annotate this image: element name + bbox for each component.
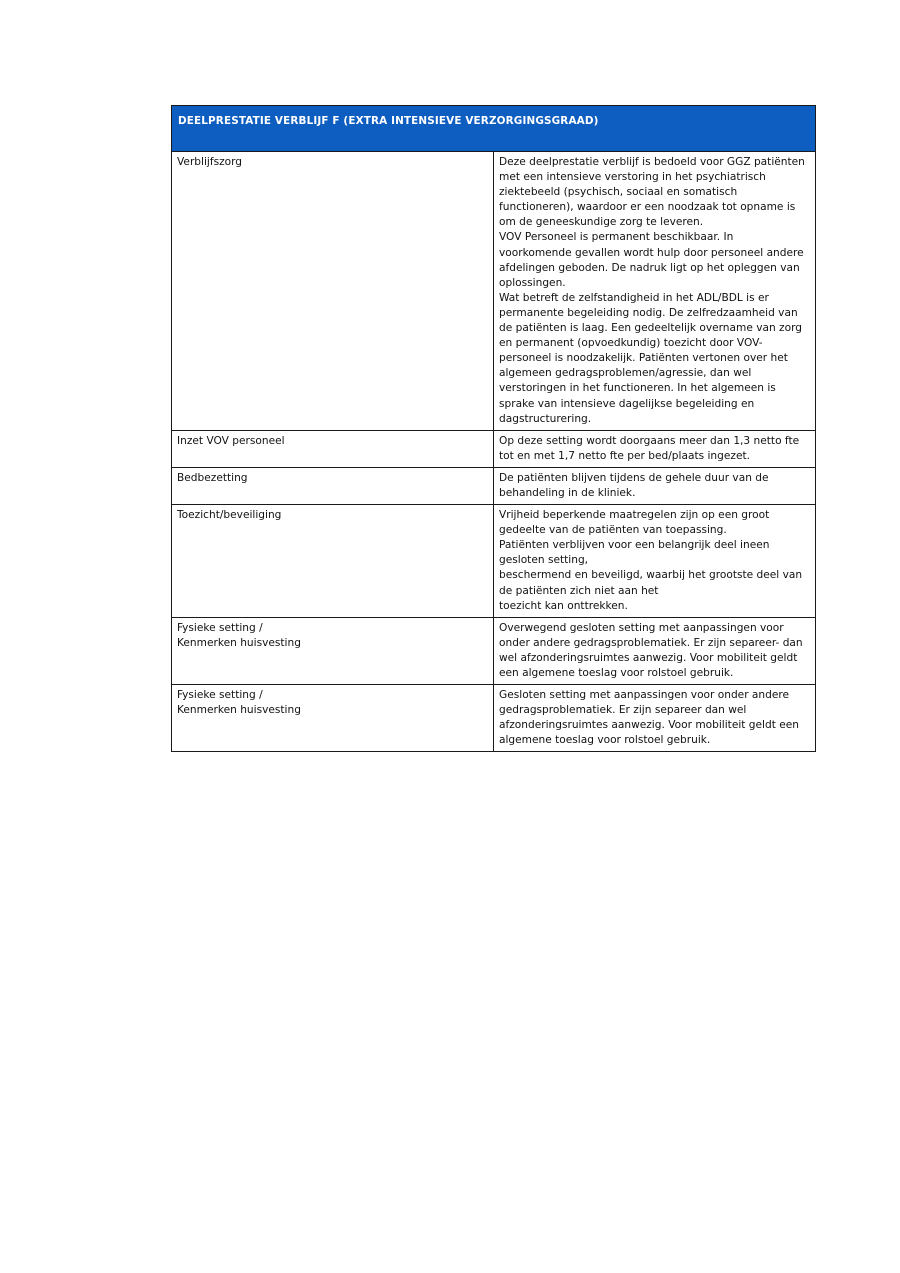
row-description-cell: Overwegend gesloten setting met aanpassi… [494, 617, 816, 684]
row-description-text: de patiënten is laag. Een gedeeltelijk o… [499, 321, 810, 336]
row-description-cell: De patiënten blijven tijdens de gehele d… [494, 467, 816, 504]
row-description-cell: Vrijheid beperkende maatregelen zijn op … [494, 505, 816, 618]
row-label-text: Toezicht/beveiliging [177, 508, 488, 523]
row-description-text: personeel is noodzakelijk. Patiënten ver… [499, 351, 810, 366]
row-label-text: Kenmerken huisvesting [177, 703, 488, 718]
row-label-cell: Toezicht/beveiliging [172, 505, 494, 618]
row-description-text: om de geneeskundige zorg te leveren. [499, 215, 810, 230]
table-row: Bedbezetting De patiënten blijven tijden… [172, 467, 816, 504]
row-description-text: Patiënten verblijven voor een belangrijk… [499, 538, 810, 553]
row-description-text: beschermend en beveiligd, waarbij het gr… [499, 568, 810, 583]
row-description-text: gedragsproblematiek. Er zijn separeer da… [499, 703, 810, 718]
row-description-text: dagstructurering. [499, 412, 810, 427]
row-description-text: Deze deelprestatie verblijf is bedoeld v… [499, 155, 810, 170]
row-description-text: functioneren), waardoor er een noodzaak … [499, 200, 810, 215]
row-label-cell: Inzet VOV personeel [172, 430, 494, 467]
row-description-text: en permanent (opvoedkundig) toezicht doo… [499, 336, 810, 351]
row-description-text: tot en met 1,7 netto fte per bed/plaats … [499, 449, 810, 464]
row-label-text: Inzet VOV personeel [177, 434, 488, 449]
table-title: DEELPRESTATIE VERBLIJF F (EXTRA INTENSIE… [172, 106, 816, 152]
row-description-text: behandeling in de kliniek. [499, 486, 810, 501]
table-body: DEELPRESTATIE VERBLIJF F (EXTRA INTENSIE… [172, 106, 816, 752]
row-label-text: Fysieke setting / [177, 688, 488, 703]
table-row: Fysieke setting /Kenmerken huisvesting G… [172, 685, 816, 752]
row-description-text: Gesloten setting met aanpassingen voor o… [499, 688, 810, 703]
table-header-row: DEELPRESTATIE VERBLIJF F (EXTRA INTENSIE… [172, 106, 816, 152]
row-description-text: Vrijheid beperkende maatregelen zijn op … [499, 508, 810, 523]
table-row: Verblijfszorg Deze deelprestatie verblij… [172, 152, 816, 431]
row-description-text: onder andere gedragsproblematiek. Er zij… [499, 636, 810, 651]
row-label-cell: Verblijfszorg [172, 152, 494, 431]
row-description-text: VOV Personeel is permanent beschikbaar. … [499, 230, 810, 245]
row-description-text: Overwegend gesloten setting met aanpassi… [499, 621, 810, 636]
row-description-text: gedeelte van de patiënten van toepassing… [499, 523, 810, 538]
row-description-cell: Op deze setting wordt doorgaans meer dan… [494, 430, 816, 467]
row-label-cell: Bedbezetting [172, 467, 494, 504]
row-description-text: gesloten setting, [499, 553, 810, 568]
row-description-text: permanente begeleiding nodig. De zelfred… [499, 306, 810, 321]
table-row: Toezicht/beveiliging Vrijheid beperkende… [172, 505, 816, 618]
row-description-text: afzonderingsruimtes aanwezig. Voor mobil… [499, 718, 810, 733]
row-label-cell: Fysieke setting /Kenmerken huisvesting [172, 617, 494, 684]
row-description-text: wel afzonderingsruimtes aanwezig. Voor m… [499, 651, 810, 666]
row-description-text: algemeen gedragsproblemen/agressie, dan … [499, 366, 810, 381]
row-description-text: De patiënten blijven tijdens de gehele d… [499, 471, 810, 486]
row-label-cell: Fysieke setting /Kenmerken huisvesting [172, 685, 494, 752]
row-description-text: een algemene toeslag voor rolstoel gebru… [499, 666, 810, 681]
row-description-text: de patiënten zich niet aan het [499, 584, 810, 599]
row-description-text: toezicht kan onttrekken. [499, 599, 810, 614]
row-description-text: met een intensieve verstoring in het psy… [499, 170, 810, 185]
row-description-text: sprake van intensieve dagelijkse begelei… [499, 397, 810, 412]
deelprestatie-table: DEELPRESTATIE VERBLIJF F (EXTRA INTENSIE… [171, 105, 816, 752]
row-description-text: verstoringen in het functioneren. In het… [499, 381, 810, 396]
row-label-text: Kenmerken huisvesting [177, 636, 488, 651]
row-description-text: algemene toeslag voor rolstoel gebruik. [499, 733, 810, 748]
row-label-text: Verblijfszorg [177, 155, 488, 170]
row-description-text: Op deze setting wordt doorgaans meer dan… [499, 434, 810, 449]
row-description-cell: Deze deelprestatie verblijf is bedoeld v… [494, 152, 816, 431]
row-description-text: afdelingen geboden. De nadruk ligt op he… [499, 261, 810, 276]
row-description-text: oplossingen. [499, 276, 810, 291]
row-description-text: voorkomende gevallen wordt hulp door per… [499, 246, 810, 261]
table-row: Fysieke setting /Kenmerken huisvesting O… [172, 617, 816, 684]
row-label-text: Bedbezetting [177, 471, 488, 486]
row-description-cell: Gesloten setting met aanpassingen voor o… [494, 685, 816, 752]
row-description-text: ziektebeeld (psychisch, sociaal en somat… [499, 185, 810, 200]
table-row: Inzet VOV personeel Op deze setting word… [172, 430, 816, 467]
row-label-text: Fysieke setting / [177, 621, 488, 636]
row-description-text: Wat betreft de zelfstandigheid in het AD… [499, 291, 810, 306]
